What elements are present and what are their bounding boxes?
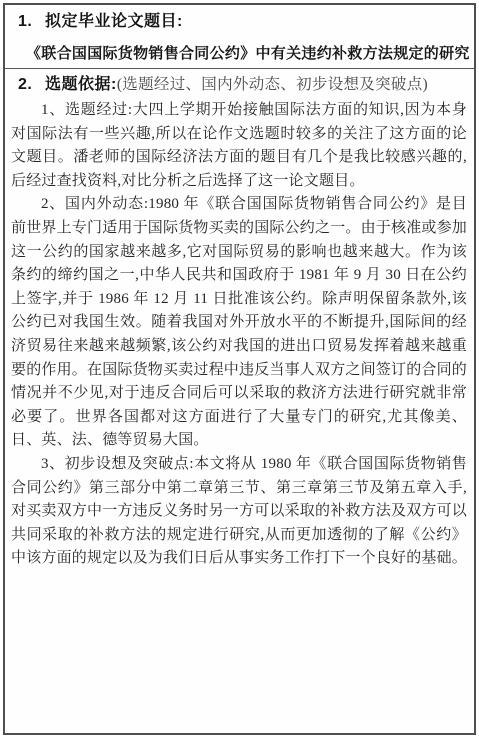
thesis-title-text: 《联合国国际货物销售合同公约》中有关违约补救方法规定的研究 [18, 44, 464, 63]
topic-basis-heading: 2.选题依据:(选题经过、国内外动态、初步设想及突破点) [5, 75, 474, 95]
section-thesis-title: 1.拟定毕业论文题目: 《联合国国际货物销售合同公约》中有关违约补救方法规定的研… [5, 5, 474, 69]
topic-paragraph-1: 1、选题经过:大四上学期开始接触国际法方面的知识,因为本身对国际法有一些兴趣,所… [11, 99, 467, 193]
section-topic-basis: 2.选题依据:(选题经过、国内外动态、初步设想及突破点) 1、选题经过:大四上学… [5, 69, 474, 733]
topic-paragraph-3: 3、初步设想及突破点:本文将从 1980 年《联合国国际货物销售合同公约》第三部… [11, 453, 467, 571]
section-number: 1. [18, 12, 45, 32]
topic-basis-body: 1、选题经过:大四上学期开始接触国际法方面的知识,因为本身对国际法有一些兴趣,所… [5, 99, 474, 571]
section-number: 2. [18, 75, 45, 95]
thesis-proposal-form: 1.拟定毕业论文题目: 《联合国国际货物销售合同公约》中有关违约补救方法规定的研… [3, 3, 476, 735]
section-heading-label: 拟定毕业论文题目: [45, 13, 183, 30]
topic-paragraph-2: 2、国内外动态:1980 年《联合国国际货物销售合同公约》是目前世界上专门适用于… [11, 193, 467, 453]
topic-basis-subheading: (选题经过、国内外动态、初步设想及突破点) [117, 76, 428, 93]
document-sheet: 1.拟定毕业论文题目: 《联合国国际货物销售合同公约》中有关违约补救方法规定的研… [0, 0, 479, 739]
section-heading-label: 选题依据: [45, 76, 117, 93]
thesis-title-heading: 1.拟定毕业论文题目: [18, 12, 464, 32]
